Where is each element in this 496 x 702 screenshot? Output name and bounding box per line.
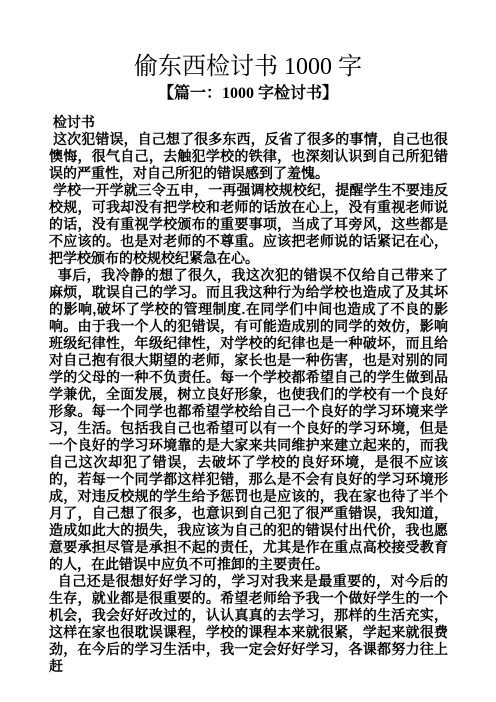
- paragraph-reflection: 事后，我冷静的想了很久，我这次犯的错误不仅给自己带来了麻烦，耽误自己的学习。而且…: [49, 267, 448, 573]
- paragraph-intro: 这次犯错误，自己想了很多东西，反省了很多的事情，自己也很懊悔，很气自己，去触犯学…: [49, 131, 448, 182]
- paragraph-resolution: 自己还是很想好好学习的，学习对我来是最重要的，对今后的生存，就业都是很重要的。希…: [49, 573, 448, 675]
- paragraph-heading: 检讨书: [49, 114, 448, 131]
- document-subtitle: 【篇一：1000 字检讨书】: [0, 84, 496, 104]
- document-title: 偷东西检讨书 1000 字: [0, 0, 496, 82]
- paragraph-school-rules: 学校一开学就三令五申，一再强调校规校纪，提醒学生不要违反校规，可我却没有把学校和…: [49, 182, 448, 267]
- document-page: 偷东西检讨书 1000 字 【篇一：1000 字检讨书】 检讨书 这次犯错误，自…: [0, 0, 496, 702]
- document-body: 检讨书 这次犯错误，自己想了很多东西，反省了很多的事情，自己也很懊悔，很气自己，…: [49, 114, 448, 675]
